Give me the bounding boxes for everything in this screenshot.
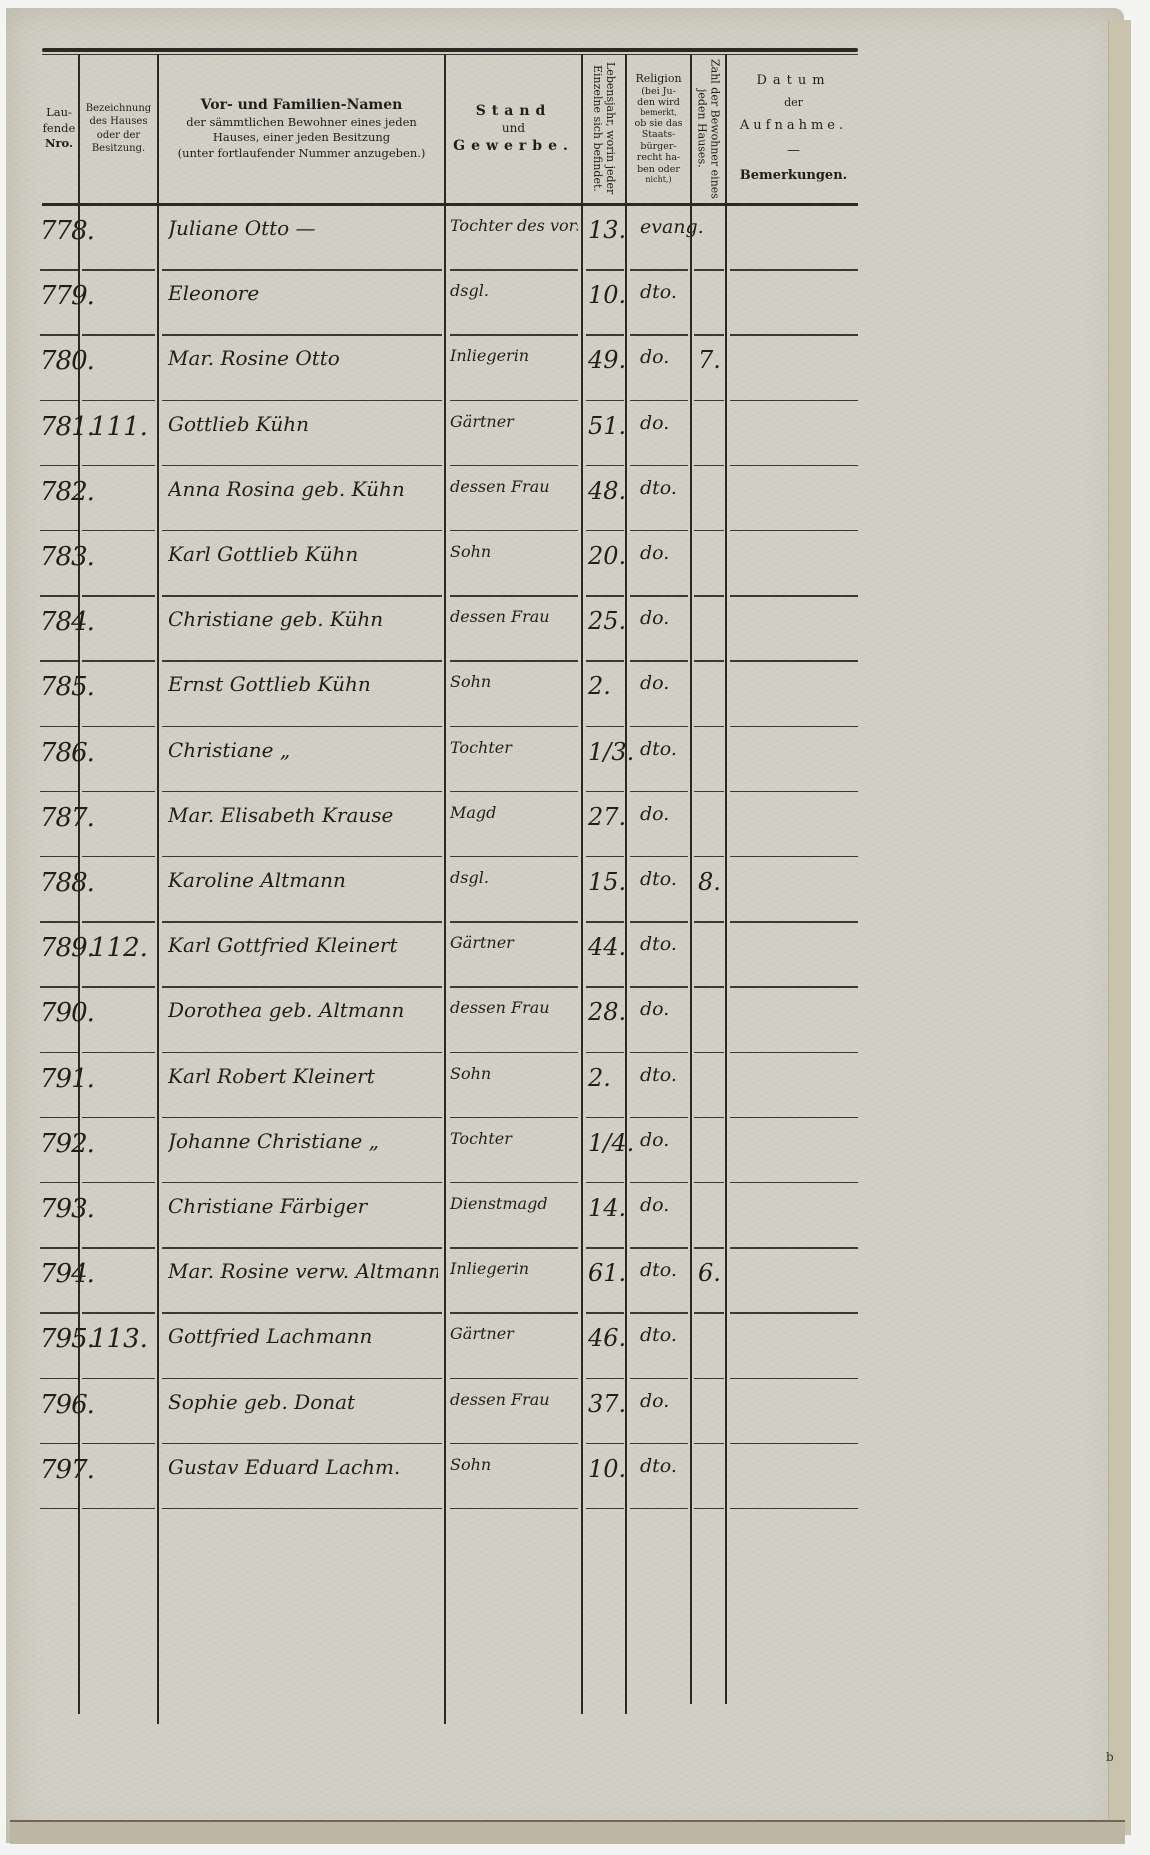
table-row: 779.Eleonoredsgl.10.dto. [0,271,1150,336]
occupation: Tochter [450,738,578,757]
resident-name: Mar. Elisabeth Krause [168,803,438,827]
header-text: Lebensjahr, worin jeder Einzelne sich be… [591,56,617,201]
header-stand-gewerbe: Stand und Gewerbe. [446,56,581,201]
row-number: 797. [40,1455,94,1485]
religion: do. [640,998,669,1020]
occupation: Gärtner [450,933,578,952]
row-number: 795. [40,1324,94,1354]
resident-name: Christiane Färbiger [168,1194,438,1218]
occupation: Magd [450,803,578,822]
row-rule [586,1508,624,1510]
age: 20. [588,542,626,570]
row-number: 788. [40,868,94,898]
header-text: der [784,93,803,114]
header-text: Bemerkungen. [740,164,847,189]
row-number: 783. [40,542,94,572]
header-text: Bezeichnung [86,102,151,116]
age: 49. [588,346,626,374]
header-text: fende [43,121,76,137]
row-number: 784. [40,607,94,637]
row-number: 780. [40,346,94,376]
religion: do. [640,607,669,629]
age: 13. [588,216,626,244]
resident-name: Johanne Christiane „ [168,1129,438,1153]
occupation: Sohn [450,1455,578,1474]
header-text: Gewerbe. [453,137,574,156]
religion: do. [640,672,669,694]
header-text: Zahl der Bewohner eines jeden Hauses. [695,56,721,201]
row-number: 787. [40,803,94,833]
religion: evang. [640,216,704,238]
household-count: 8. [698,868,721,896]
row-number: 785. [40,672,94,702]
religion: do. [640,412,669,434]
occupation: Sohn [450,672,578,691]
header-text: (unter fortlaufender Nummer anzugeben.) [178,146,426,162]
page-mark: b [1106,1750,1114,1764]
table-row: 788.Karoline Altmanndsgl.15.dto.8. [0,858,1150,923]
header-text: den wird [637,97,680,108]
religion: dto. [640,281,677,303]
header-namen: Vor- und Familien-Namen der sämmtlichen … [159,56,444,201]
header-text: Lau- [46,105,72,121]
table-row: 790.Dorothea geb. Altmanndessen Frau28.d… [0,988,1150,1053]
resident-name: Juliane Otto — [168,216,438,240]
resident-name: Ernst Gottlieb Kühn [168,672,438,696]
resident-name: Karl Gottlieb Kühn [168,542,438,566]
header-text: des Hauses [90,115,148,129]
resident-name: Anna Rosina geb. Kühn [168,477,438,501]
table-row: 797.Gustav Eduard Lachm.Sohn10.dto. [0,1445,1150,1510]
occupation: Gärtner [450,412,578,431]
table-row: 792.Johanne Christiane „Tochter1/4.do. [0,1119,1150,1184]
age: 37. [588,1390,626,1418]
table-row: 783.Karl Gottlieb KühnSohn20.do. [0,532,1150,597]
household-count: 6. [698,1259,721,1287]
row-rule [630,1508,688,1510]
religion: dto. [640,1324,677,1346]
header-text: ob sie das [635,118,683,129]
age: 51. [588,412,626,440]
row-rule [730,1508,858,1510]
occupation: Sohn [450,542,578,561]
occupation: Tochter des vorstehenden Gärtners [450,216,578,235]
header-text: Hauses, einer jeden Besitzung [213,130,390,146]
top-double-rule [42,48,858,52]
row-number: 778. [40,216,94,246]
religion: dto. [640,933,677,955]
table-row: 796.Sophie geb. Donatdessen Frau37.do. [0,1380,1150,1445]
table-row: 795.113.Gottfried LachmannGärtner46.dto. [0,1314,1150,1379]
resident-name: Karoline Altmann [168,868,438,892]
resident-name: Christiane geb. Kühn [168,607,438,631]
row-number: 781. [40,412,94,442]
age: 10. [588,281,626,309]
row-number: 794. [40,1259,94,1289]
header-text: und [502,120,525,136]
resident-name: Sophie geb. Donat [168,1390,438,1414]
row-number: 793. [40,1194,94,1224]
header-text: ben oder [637,164,680,175]
house-number: 112. [90,933,148,963]
header-text: Stand [476,102,552,121]
header-religion: Religion (bei Ju- den wird bemerkt, ob s… [627,56,690,201]
age: 27. [588,803,626,831]
religion: dto. [640,1455,677,1477]
row-number: 791. [40,1064,94,1094]
household-count: 7. [698,346,721,374]
resident-name: Dorothea geb. Altmann [168,998,438,1022]
age: 2. [588,672,611,700]
age: 25. [588,607,626,635]
header-text: Vor- und Familien-Namen [201,96,403,115]
resident-name: Karl Gottfried Kleinert [168,933,438,957]
resident-name: Gottfried Lachmann [168,1324,438,1348]
resident-name: Karl Robert Kleinert [168,1064,438,1088]
religion: do. [640,803,669,825]
house-number: 113. [90,1324,148,1354]
table-row: 789.112.Karl Gottfried KleinertGärtner44… [0,923,1150,988]
age: 46. [588,1324,626,1352]
occupation: dsgl. [450,868,578,887]
religion: dto. [640,1259,677,1281]
table-row: 794.Mar. Rosine verw. AltmannInliegerin6… [0,1249,1150,1314]
table-row: 787.Mar. Elisabeth KrauseMagd27.do. [0,793,1150,858]
table-row: 791.Karl Robert KleinertSohn2.dto. [0,1054,1150,1119]
row-rule [82,1508,155,1510]
row-number: 796. [40,1390,94,1420]
table-row: 780.Mar. Rosine OttoInliegerin49.do.7. [0,336,1150,401]
occupation: Tochter [450,1129,578,1148]
religion: do. [640,542,669,564]
occupation: Gärtner [450,1324,578,1343]
row-rule [694,1508,724,1510]
row-rule [162,1508,442,1510]
header-text: Staats- [642,129,676,140]
resident-name: Gottlieb Kühn [168,412,438,436]
header-text: bürger- [640,141,676,152]
religion: do. [640,1194,669,1216]
table-row: 786.Christiane „Tochter1/3.dto. [0,728,1150,793]
table-row: 784.Christiane geb. Kühndessen Frau25.do… [0,597,1150,662]
header-lebensjahr: Lebensjahr, worin jeder Einzelne sich be… [583,56,625,201]
table-row: 782.Anna Rosina geb. Kühndessen Frau48.d… [0,467,1150,532]
occupation: dessen Frau [450,998,578,1017]
header-text: Datum [756,69,830,94]
age: 1/4. [588,1129,634,1157]
age: 14. [588,1194,626,1222]
occupation: Inliegerin [450,1259,578,1278]
header-bezeichnung: Bezeichnung des Hauses oder der Besitzun… [80,56,157,201]
occupation: Dienstmagd [450,1194,578,1213]
religion: dto. [640,738,677,760]
resident-name: Mar. Rosine Otto [168,346,438,370]
house-number: 111. [90,412,148,442]
religion: dto. [640,1064,677,1086]
header-text: — [787,139,800,164]
row-number: 782. [40,477,94,507]
header-text: Aufnahme. [740,114,847,139]
header-text: Besitzung. [92,142,145,156]
table-row: 778.Juliane Otto —Tochter des vorstehend… [0,206,1150,271]
row-number: 792. [40,1129,94,1159]
header-text: Nro. [45,136,73,152]
age: 1/3. [588,738,634,766]
row-number: 786. [40,738,94,768]
table-row: 781.111.Gottlieb KühnGärtner51.do. [0,402,1150,467]
resident-name: Christiane „ [168,738,438,762]
resident-name: Gustav Eduard Lachm. [168,1455,438,1479]
age: 44. [588,933,626,961]
religion: do. [640,1129,669,1151]
occupation: dessen Frau [450,607,578,626]
header-zahl-bewohner: Zahl der Bewohner eines jeden Hauses. [692,56,725,201]
age: 15. [588,868,626,896]
header-text: recht ha- [637,152,680,163]
religion: dto. [640,868,677,890]
header-text: (bei Ju- [641,86,676,97]
row-rule [40,1508,78,1510]
table-row: 785.Ernst Gottlieb KühnSohn2.do. [0,662,1150,727]
row-number: 779. [40,281,94,311]
age: 48. [588,477,626,505]
row-number: 790. [40,998,94,1028]
age: 10. [588,1455,626,1483]
table-row: 793.Christiane FärbigerDienstmagd14.do. [0,1184,1150,1249]
occupation: dessen Frau [450,477,578,496]
header-text: nicht,) [645,175,671,185]
header-text: der sämmtlichen Bewohner eines jeden [186,115,417,131]
age: 2. [588,1064,611,1092]
resident-name: Mar. Rosine verw. Altmann [168,1259,438,1283]
header-laufende-nr: Lau- fende Nro. [40,56,78,201]
row-number: 789. [40,933,94,963]
religion: dto. [640,477,677,499]
age: 61. [588,1259,626,1287]
occupation: dessen Frau [450,1390,578,1409]
header-datum-bemerkungen: Datum der Aufnahme. — Bemerkungen. [727,56,860,201]
occupation: Inliegerin [450,346,578,365]
occupation: dsgl. [450,281,578,300]
page-bottom-edge [10,1820,1125,1844]
occupation: Sohn [450,1064,578,1083]
header-text: Religion [635,72,681,85]
row-rule [450,1508,578,1510]
religion: do. [640,346,669,368]
resident-name: Eleonore [168,281,438,305]
religion: do. [640,1390,669,1412]
header-text: bemerkt, [640,108,677,118]
age: 28. [588,998,626,1026]
header-text: oder der [97,129,140,143]
